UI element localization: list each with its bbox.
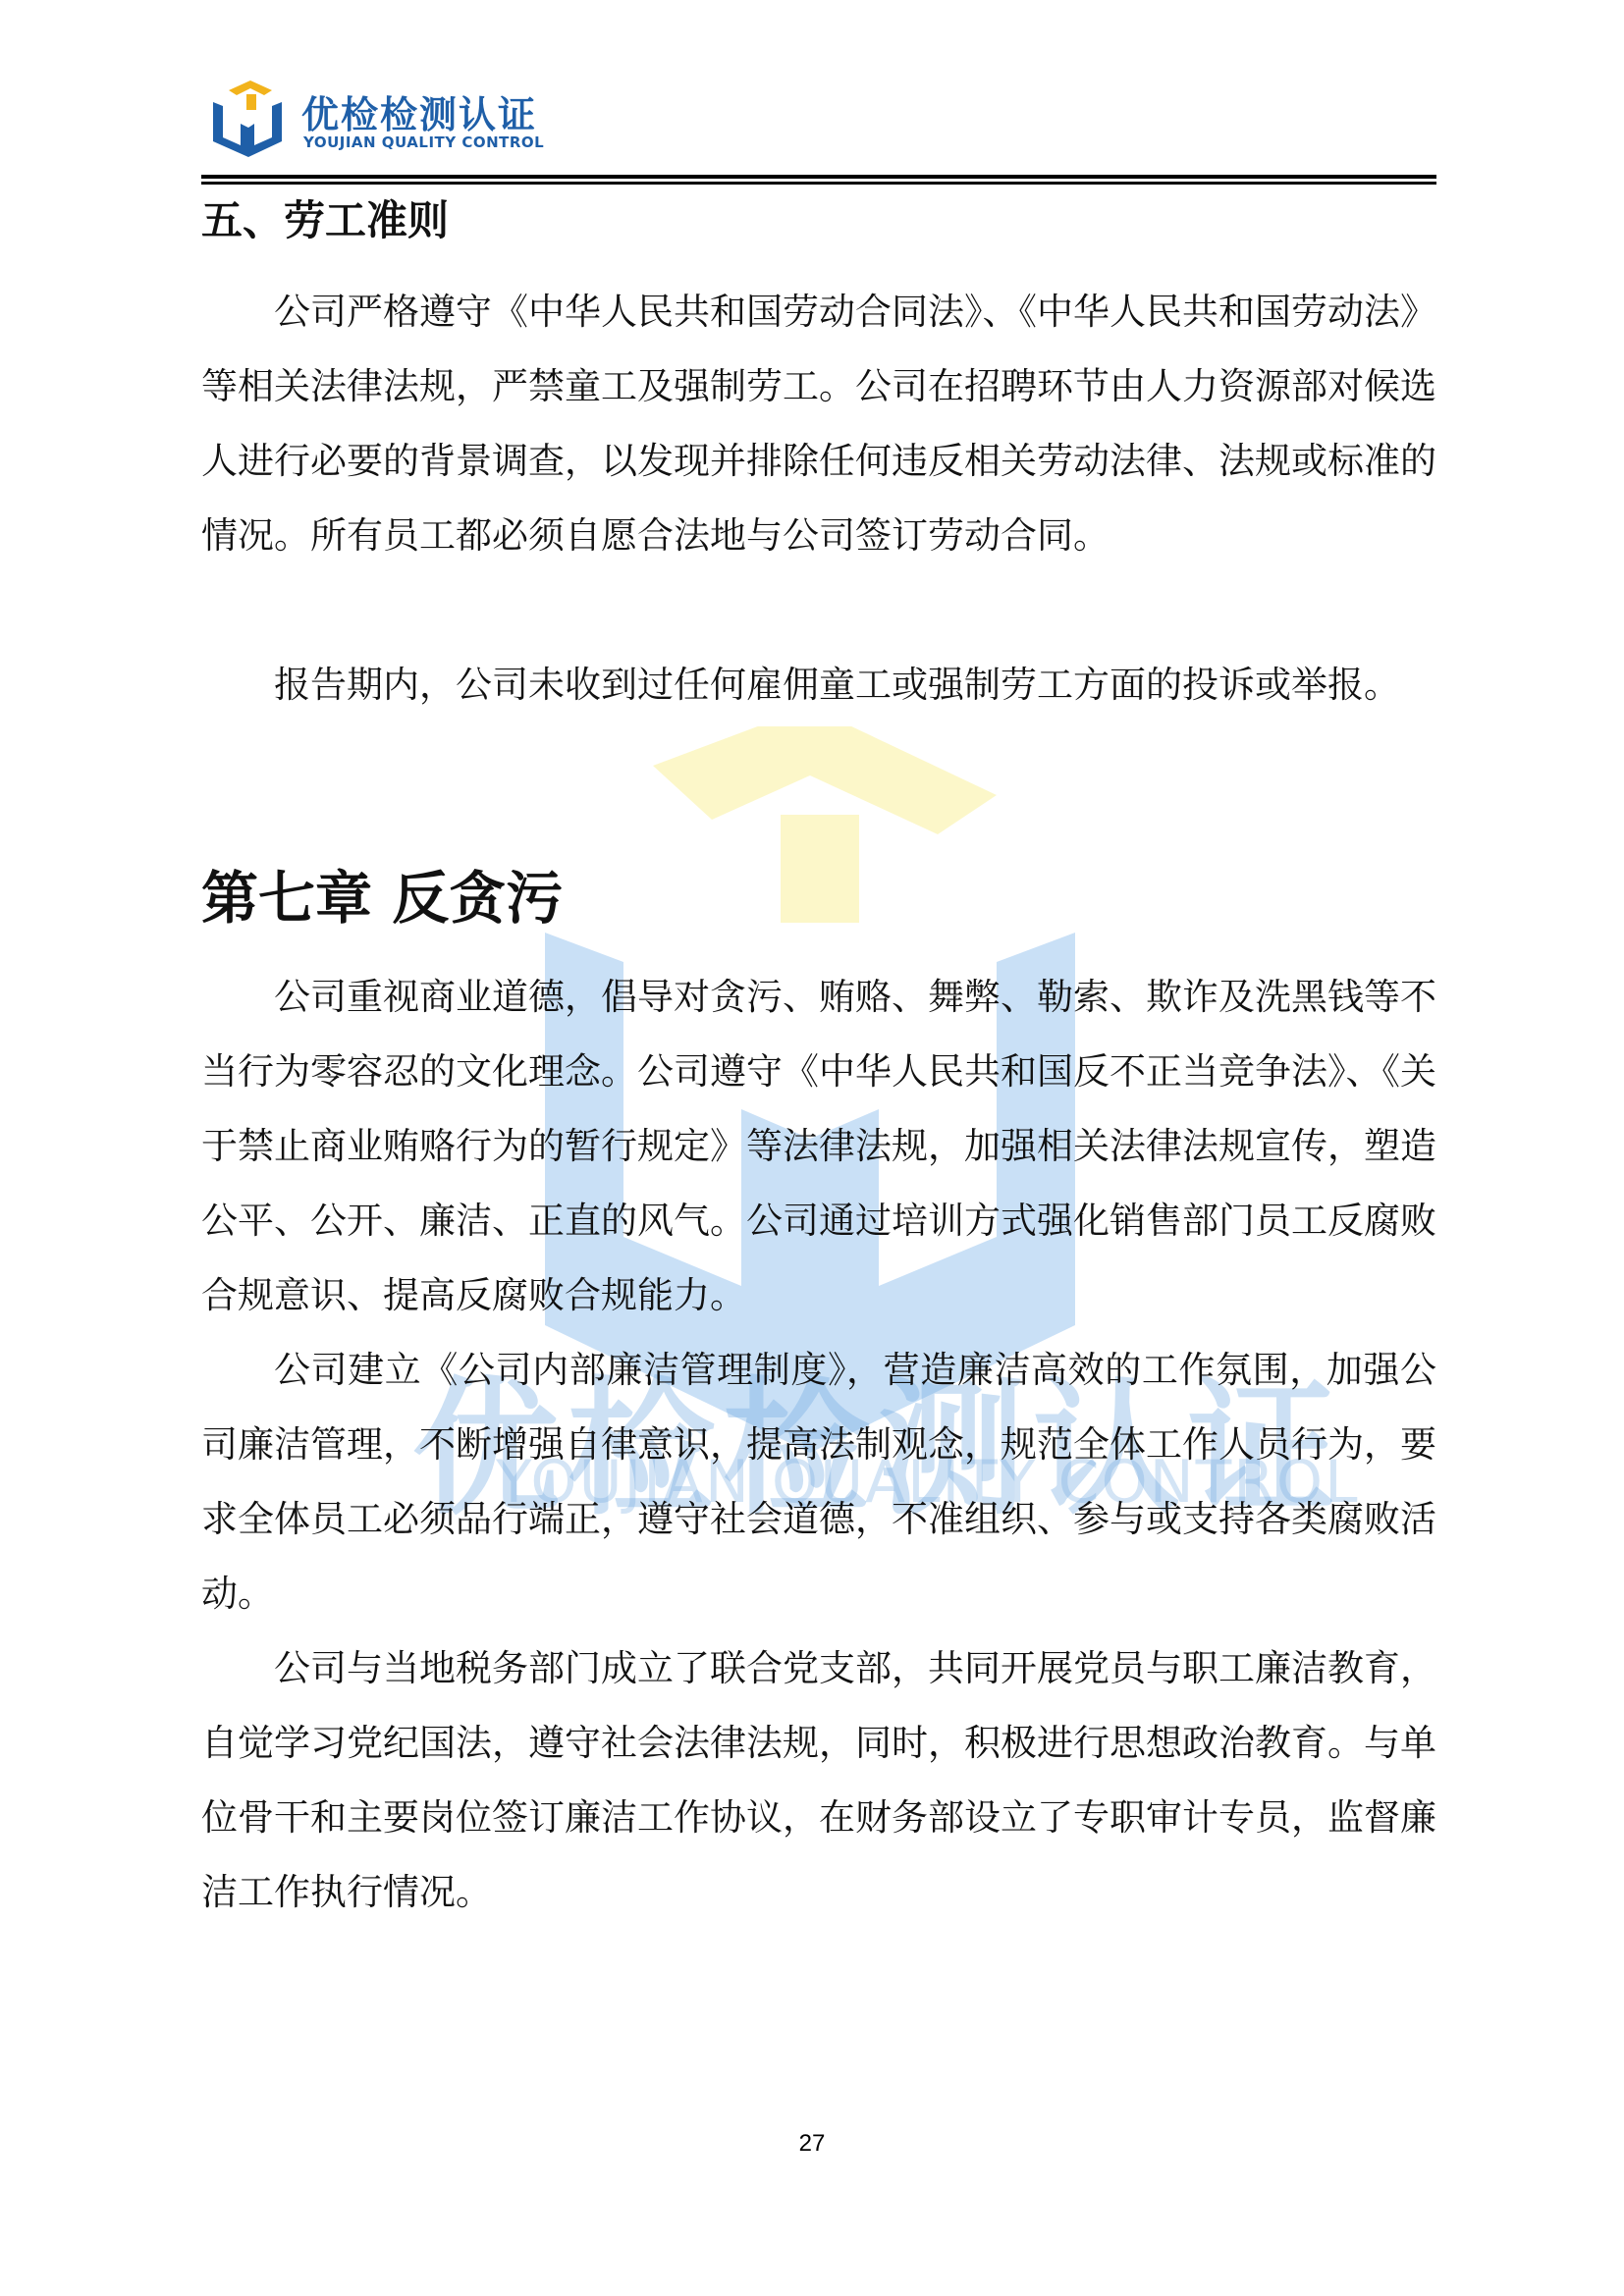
paragraph: 报告期内，公司未收到过任何雇佣童工或强制劳工方面的投诉或举报。 <box>201 648 1436 722</box>
paragraph: 公司重视商业道德，倡导对贪污、贿赂、舞弊、勒索、欺诈及洗黑钱等不当行为零容忍的文… <box>201 960 1436 1333</box>
document-page: 优检检测认证 YOUJIAN QUALITY CONTROL 优检检测认证 YO… <box>0 0 1624 2296</box>
logo-text-cn: 优检检测认证 <box>301 84 537 138</box>
paragraph: 公司建立《公司内部廉洁管理制度》，营造廉洁高效的工作氛围，加强公司廉洁管理，不断… <box>201 1333 1436 1631</box>
section-heading: 五、劳工准则 <box>201 188 449 247</box>
chapter-heading: 第七章 反贪污 <box>201 852 563 934</box>
company-logo: 优检检测认证 YOUJIAN QUALITY CONTROL <box>211 79 545 161</box>
paragraph: 公司与当地税务部门成立了联合党支部，共同开展党员与职工廉洁教育，自觉学习党纪国法… <box>201 1631 1436 1930</box>
header-rule-thin <box>201 182 1436 185</box>
logo-cube-icon <box>211 80 284 159</box>
logo-text-en: YOUJIAN QUALITY CONTROL <box>303 133 544 151</box>
paragraph: 公司严格遵守《中华人民共和国劳动合同法》、《中华人民共和国劳动法》等相关法律法规… <box>201 275 1436 573</box>
page-number: 27 <box>0 2130 1624 2158</box>
header-rule-thick <box>201 175 1436 179</box>
